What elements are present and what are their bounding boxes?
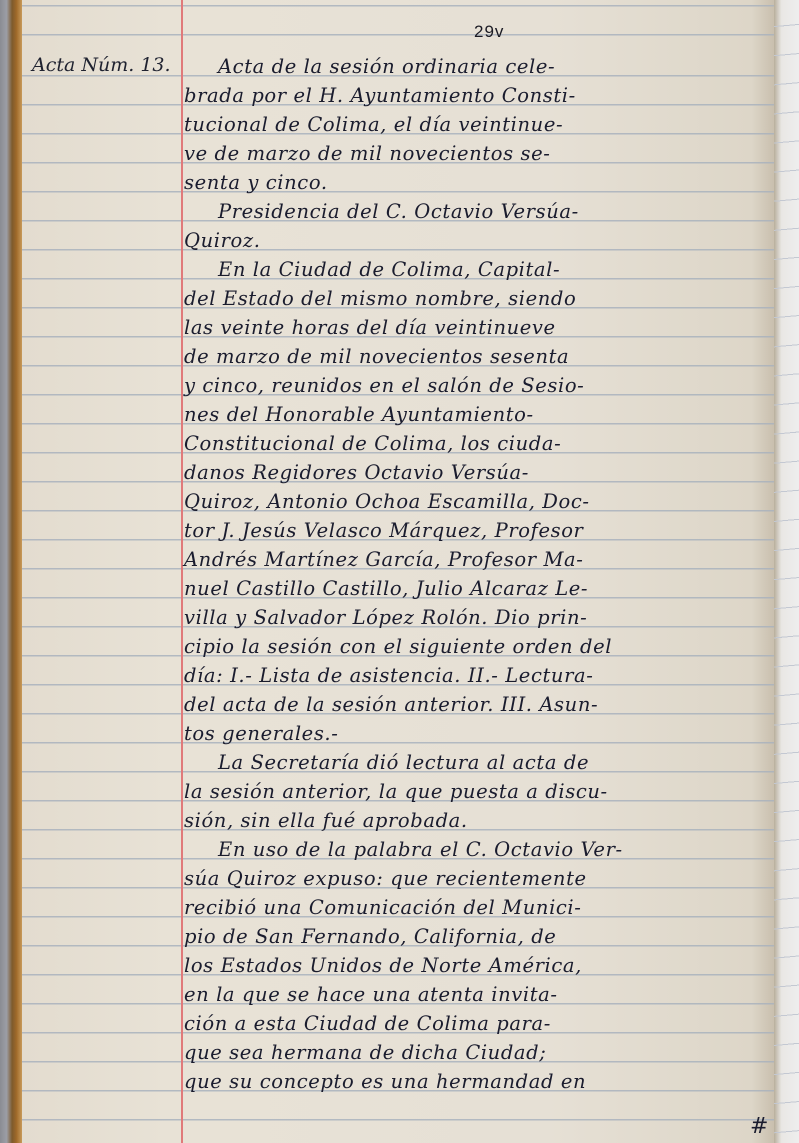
- red-margin-line: [181, 0, 183, 1143]
- text-line: que sea hermana de dicha Ciudad;: [184, 1038, 769, 1067]
- text-line: Andrés Martínez García, Profesor Ma-: [184, 545, 769, 574]
- text-line: Acta de la sesión ordinaria cele-: [184, 52, 769, 81]
- text-line: cipio la sesión con el siguiente orden d…: [184, 632, 769, 661]
- text-line: En uso de la palabra el C. Octavio Ver-: [184, 835, 769, 864]
- text-line: día: I.- Lista de asistencia. II.- Lectu…: [184, 661, 769, 690]
- text-line: y cinco, reunidos en el salón de Sesio-: [184, 371, 769, 400]
- text-line: ve de marzo de mil novecientos se-: [184, 139, 769, 168]
- margin-heading: Acta Núm. 13.: [32, 54, 171, 76]
- text-line: nuel Castillo Castillo, Julio Alcaraz Le…: [184, 574, 769, 603]
- text-line: del acta de la sesión anterior. III. Asu…: [184, 690, 769, 719]
- text-line: nes del Honorable Ayuntamiento-: [184, 400, 769, 429]
- handwritten-body: Acta de la sesión ordinaria cele-brada p…: [184, 52, 769, 1096]
- text-line: las veinte horas del día veintinueve: [184, 313, 769, 342]
- text-line: Quiroz, Antonio Ochoa Escamilla, Doc-: [184, 487, 769, 516]
- text-line: tucional de Colima, el día veintinue-: [184, 110, 769, 139]
- text-line: del Estado del mismo nombre, siendo: [184, 284, 769, 313]
- folio-number: 29v: [474, 22, 504, 42]
- book-binding-edge: [0, 0, 22, 1143]
- text-line: Presidencia del C. Octavio Versúa-: [184, 197, 769, 226]
- text-line: ción a esta Ciudad de Colima para-: [184, 1009, 769, 1038]
- text-line: Constitucional de Colima, los ciuda-: [184, 429, 769, 458]
- text-line: tor J. Jesús Velasco Márquez, Profesor: [184, 516, 769, 545]
- text-line: danos Regidores Octavio Versúa-: [184, 458, 769, 487]
- text-line: la sesión anterior, la que puesta a disc…: [184, 777, 769, 806]
- text-line: tos generales.-: [184, 719, 769, 748]
- end-of-page-mark: #: [750, 1114, 768, 1139]
- text-line: que su concepto es una hermandad en: [184, 1067, 769, 1096]
- text-line: pio de San Fernando, California, de: [184, 922, 769, 951]
- text-line: de marzo de mil novecientos sesenta: [184, 342, 769, 371]
- text-line: La Secretaría dió lectura al acta de: [184, 748, 769, 777]
- text-line: senta y cinco.: [184, 168, 769, 197]
- text-line: sión, sin ella fué aprobada.: [184, 806, 769, 835]
- text-line: En la Ciudad de Colima, Capital-: [184, 255, 769, 284]
- text-line: Quiroz.: [184, 226, 769, 255]
- text-line: en la que se hace una atenta invita-: [184, 980, 769, 1009]
- text-line: los Estados Unidos de Norte América,: [184, 951, 769, 980]
- adjacent-page-edge: [774, 0, 799, 1143]
- text-line: villa y Salvador López Rolón. Dio prin-: [184, 603, 769, 632]
- text-line: recibió una Comunicación del Munici-: [184, 893, 769, 922]
- text-line: súa Quiroz expuso: que recientemente: [184, 864, 769, 893]
- text-line: brada por el H. Ayuntamiento Consti-: [184, 81, 769, 110]
